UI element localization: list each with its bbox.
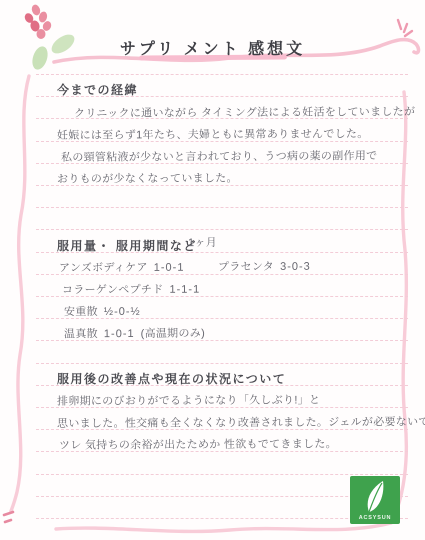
section-heading-history: 今までの経緯 — [57, 81, 138, 98]
page-title: サプリ メント 感想文 — [0, 36, 425, 59]
dosage-item: 温真散1-0-1(高温期のみ) — [64, 325, 205, 342]
dosage-item: 安重散½-0-½ — [64, 303, 141, 319]
leaf-icon — [361, 479, 389, 515]
supplement-name: コラーゲンペプチド — [62, 284, 164, 297]
ruled-line — [36, 474, 408, 475]
border-left-line — [11, 76, 29, 511]
supplement-dose: 1-1-1 — [169, 284, 200, 296]
ruled-line — [36, 363, 408, 364]
supplement-name: アンズボディケア — [59, 262, 148, 274]
berry-cluster — [23, 3, 53, 39]
dosage-item: コラーゲンペプチド1-1-1 — [62, 281, 200, 298]
ruled-line — [36, 207, 408, 208]
supplement-dose: 3-0-3 — [280, 261, 311, 273]
handwritten-line: 私の頸管粘液が少ないと言われており、うつ病の薬の副作用で — [61, 147, 377, 165]
sparkle-icon — [398, 20, 412, 36]
handwritten-line: クリニックに通いながら タイミング法による妊活をしていましたが — [74, 103, 415, 121]
supplement-dose: ½-0-½ — [104, 306, 141, 318]
ruled-line — [36, 74, 408, 75]
feedback-form-page: サプリ メント 感想文 今までの経緯 クリニックに通いながら タイミング法による… — [0, 0, 425, 540]
ruled-line — [36, 229, 408, 230]
supplement-name: プラセンタ — [218, 261, 274, 273]
supplement-name: 安重散 — [64, 306, 98, 318]
dosage-duration: 1ヶ月 — [188, 234, 217, 250]
section-heading-after: 服用後の改善点や現在の状況について — [57, 370, 286, 387]
supplement-dose: 1-0-1 — [104, 328, 135, 340]
supplement-name: 温真散 — [64, 328, 98, 340]
acsysun-logo: ACSYSUN — [350, 476, 400, 524]
handwritten-line: おりものが少なくなっていました。 — [57, 170, 238, 187]
logo-text: ACSYSUN — [359, 515, 392, 521]
supplement-note: (高温期のみ) — [141, 328, 205, 340]
handwritten-line: ツレ 気持ちの余裕が出たためか 性欲もでてきました。 — [59, 435, 337, 452]
dosage-item: アンズボディケア1-0-1 — [59, 259, 185, 276]
corner-accent-marks — [4, 512, 13, 522]
handwritten-line: 妊娠には至らず1年たち、夫婦ともに異常ありませんでした。 — [57, 125, 369, 143]
dosage-item: プラセンタ3-0-3 — [218, 258, 311, 274]
handwritten-line: 排卵期にのびおりがでるようになり「久しぶり!」と — [57, 391, 320, 408]
supplement-dose: 1-0-1 — [154, 262, 185, 274]
section-heading-dosage: 服用量・ 服用期間など — [57, 237, 197, 254]
handwritten-line: 思いました。性交痛も全くなくなり改善されました。ジェルが必要ないです(笑) — [57, 413, 425, 431]
title-block: サプリ メント 感想文 — [0, 36, 425, 59]
